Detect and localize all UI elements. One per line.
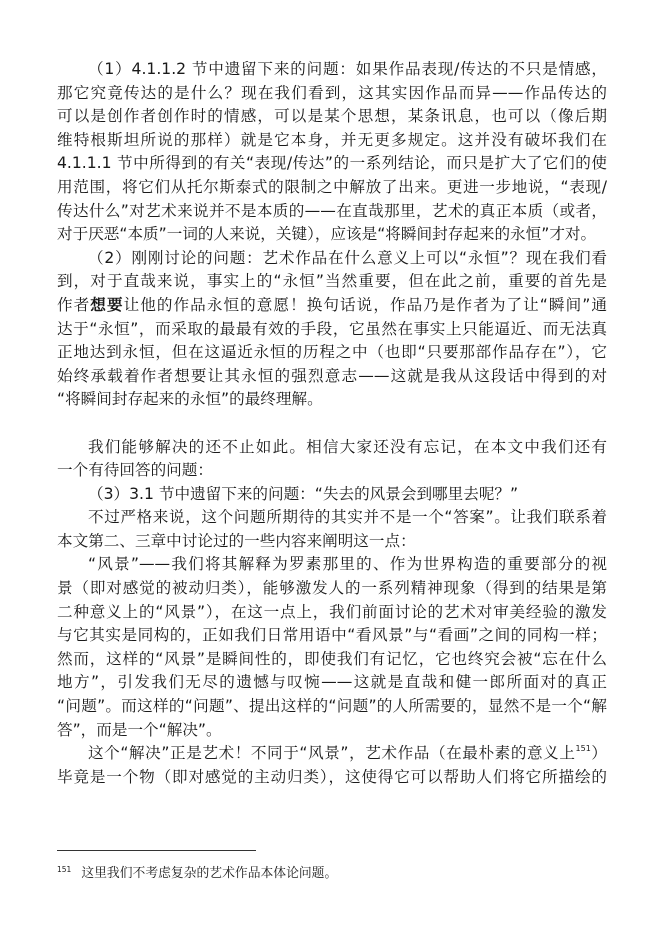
text-line: 毕竟是一个物（即对感觉的主动归类），这使得它可以帮助人们将它所描绘的 bbox=[57, 766, 607, 790]
text-span: 让他的作品永恒的意愿！换句话说，作品乃是作者为了让“瞬间”通 bbox=[124, 296, 607, 314]
text-line: 到，对于直哉来说，事实上的“永恒”当然重要，但在此之前，重要的首先是 bbox=[57, 270, 607, 294]
text-span: ） bbox=[591, 744, 607, 762]
text-line: 作者想要让他的作品永恒的意愿！换句话说，作品乃是作者为了让“瞬间”通 bbox=[57, 294, 607, 318]
text-line: “将瞬间封存起来的永恒”的最终理解。 bbox=[57, 388, 607, 412]
text-span: 作者 bbox=[57, 296, 90, 314]
text-line: 答”，而是一个“解决”。 bbox=[57, 719, 607, 743]
footnote-reference[interactable]: 151 bbox=[576, 744, 591, 753]
text-line: 用范围，将它们从托尔斯泰式的限制之中解放了出来。更进一步地说，“表现/ bbox=[57, 176, 607, 200]
text-line: 传达什么”对艺术来说并不是本质的——在直哉那里，艺术的真正本质（或者， bbox=[57, 200, 607, 224]
footnote-separator bbox=[57, 850, 256, 851]
text-line: 维特根斯坦所说的那样）就是它本身，并无更多规定。这并没有破坏我们在 bbox=[57, 129, 607, 153]
text-line: 达于“永恒”，而采取的最最有效的手段，它虽然在事实上只能逼近、而无法真 bbox=[57, 318, 607, 342]
paragraph-5: 不过严格来说，这个问题所期待的其实并不是一个“答案”。让我们联系着 本文第二、三… bbox=[57, 506, 607, 553]
text-line: （1）4.1.1.2 节中遗留下来的问题：如果作品表现/传达的不只是情感， bbox=[57, 58, 607, 82]
text-line: “问题”。而这样的“问题”、提出这样的“问题”的人所需要的，显然不是一个“解 bbox=[57, 695, 607, 719]
footnote-number: 151 bbox=[57, 865, 71, 874]
paragraph-gap bbox=[57, 412, 607, 436]
text-line: 地方”，引发我们无尽的遗憾与叹惋——这就是直哉和健一郎所面对的真正 bbox=[57, 671, 607, 695]
footnote: 151这里我们不考虑复杂的艺术作品本体论问题。 bbox=[57, 860, 337, 884]
text-line: 本文第二、三章中讨论过的一些内容来阐明这一点： bbox=[57, 530, 607, 554]
paragraph-7: 这个“解决”正是艺术！不同于“风景”，艺术作品（在最朴素的意义上151） 毕竟是… bbox=[57, 742, 607, 789]
text-line: 与它其实是同构的，正如我们日常用语中“看风景”与“看画”之间的同构一样； bbox=[57, 624, 607, 648]
paragraph-4: （3）3.1 节中遗留下来的问题：“失去的风景会到哪里去呢？” bbox=[57, 483, 607, 507]
text-line: （3）3.1 节中遗留下来的问题：“失去的风景会到哪里去呢？” bbox=[57, 483, 607, 507]
text-line: 不过严格来说，这个问题所期待的其实并不是一个“答案”。让我们联系着 bbox=[57, 506, 607, 530]
text-line: 可以是创作者创作时的情感，可以是某个思想，某条讯息，也可以（像后期 bbox=[57, 105, 607, 129]
text-line: “风景”——我们将其解释为罗素那里的、作为世界构造的重要部分的视 bbox=[57, 553, 607, 577]
paragraph-2: （2）刚刚讨论的问题：艺术作品在什么意义上可以“永恒”？现在我们看 到，对于直哉… bbox=[57, 247, 607, 412]
paragraph-3: 我们能够解决的还不止如此。相信大家还没有忘记，在本文中我们还有 一个有待回答的问… bbox=[57, 436, 607, 483]
text-line: 这个“解决”正是艺术！不同于“风景”，艺术作品（在最朴素的意义上151） bbox=[57, 742, 607, 766]
text-line: 我们能够解决的还不止如此。相信大家还没有忘记，在本文中我们还有 bbox=[57, 436, 607, 460]
text-span: 这个“解决”正是艺术！不同于“风景”，艺术作品（在最朴素的意义上 bbox=[88, 744, 576, 762]
text-line: 那它究竟传达的是什么？现在我们看到，这其实因作品而异——作品传达的 bbox=[57, 82, 607, 106]
text-line: 景（即对感觉的被动归类），能够激发人的一系列精神现象（得到的结果是第 bbox=[57, 577, 607, 601]
text-line: 一个有待回答的问题： bbox=[57, 459, 607, 483]
text-line: 正地达到永恒，但在这逼近永恒的历程之中（也即“只要那部作品存在”），它 bbox=[57, 341, 607, 365]
text-line: 二种意义上的“风景”），在这一点上，我们前面讨论的艺术对审美经验的激发 bbox=[57, 601, 607, 625]
paragraph-6: “风景”——我们将其解释为罗素那里的、作为世界构造的重要部分的视 景（即对感觉的… bbox=[57, 553, 607, 742]
footnote-text: 这里我们不考虑复杂的艺术作品本体论问题。 bbox=[81, 866, 337, 881]
emphasis-text: 想要 bbox=[90, 296, 123, 314]
text-line: 始终承载着作者想要让其永恒的强烈意志——这就是我从这段话中得到的对 bbox=[57, 365, 607, 389]
document-body: （1）4.1.1.2 节中遗留下来的问题：如果作品表现/传达的不只是情感， 那它… bbox=[57, 58, 607, 789]
text-line: 4.1.1.1 节中所得到的有关“表现/传达”的一系列结论，而只是扩大了它们的使 bbox=[57, 152, 607, 176]
text-line: （2）刚刚讨论的问题：艺术作品在什么意义上可以“永恒”？现在我们看 bbox=[57, 247, 607, 271]
text-line: 然而，这样的“风景”是瞬间性的，即使我们有记忆，它也终究会被“忘在什么 bbox=[57, 648, 607, 672]
paragraph-1: （1）4.1.1.2 节中遗留下来的问题：如果作品表现/传达的不只是情感， 那它… bbox=[57, 58, 607, 247]
text-line: 对于厌恶“本质”一词的人来说，关键），应该是“将瞬间封存起来的永恒”才对。 bbox=[57, 223, 607, 247]
